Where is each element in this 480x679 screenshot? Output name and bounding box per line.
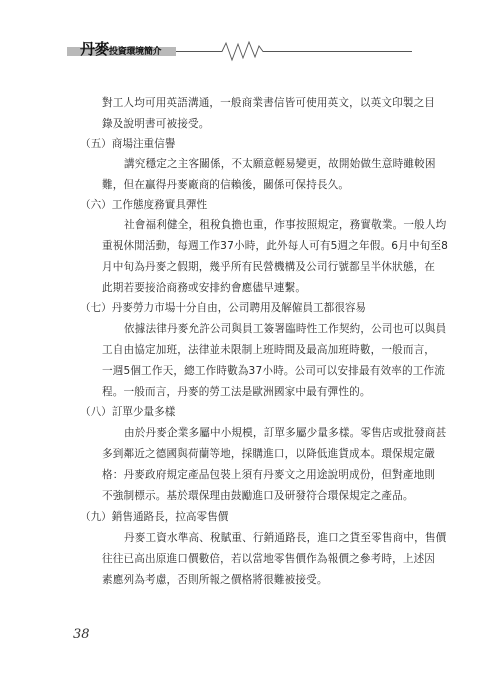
paragraph-line: 不強制標示。基於環保理由鼓勵進口及研發符合環保規定之產品。 [102, 489, 414, 503]
running-header: 丹麥投資環境簡介 [0, 0, 480, 70]
paragraph-line: 程。一般而言，丹麥的勞工法是歐洲國家中最有彈性的。 [102, 385, 371, 399]
paragraph-line: 一週5個工作天，總工作時數為37小時。公司可以安排最有效率的工作流 [102, 364, 445, 378]
paragraph-line: 錄及說明書可被接受。 [102, 117, 209, 131]
section-heading-7: （七）丹麥勞力市場十分自由，公司聘用及解僱員工都很容易 [80, 301, 366, 315]
paragraph-line: 素應列為考慮，否則所報之價格將很難被接受。 [102, 573, 328, 587]
paragraph-line: 工自由協定加班，法律並未限制上班時間及最高加班時數，一般而言， [102, 343, 435, 357]
paragraph-line: 此期若要接洽商務或安排約會應儘早連繫。 [102, 281, 306, 295]
paragraph-line: 重視休閒活動，每週工作37小時，此外每人可有5週之年假。6月中旬至8 [102, 239, 448, 253]
header-zigzag-line-decoration [0, 0, 480, 70]
section-heading-8: （八）訂單少量多樣 [80, 405, 175, 419]
paragraph-line: 難，但在贏得丹麥廠商的信賴後，關係可保持長久。 [102, 178, 349, 192]
paragraph-line: 講究穩定之主客關係，不太願意輕易變更，故開始做生意時雖較困 [124, 157, 436, 171]
paragraph-line: 丹麥工資水準高、稅賦重、行銷通路長，進口之貨至零售商中，售價 [124, 531, 446, 545]
paragraph-line: 往往已高出原進口價數倍，若以當地零售價作為報價之參考時，上述因 [102, 552, 435, 566]
paragraph-line: 社會福利健全，租稅負擔也重，作事按照規定，務實敬業。一般人均 [124, 218, 446, 232]
section-heading-6: （六）工作態度務實具彈性 [80, 198, 207, 212]
paragraph-line: 格：丹麥政府規定產品包裝上須有丹麥文之用途說明成份，但對產地則 [102, 468, 435, 482]
paragraph-line: 月中旬為丹麥之假期，幾乎所有民營機構及公司行號都呈半休狀態，在 [102, 260, 435, 274]
page-number: 38 [73, 627, 90, 642]
header-title-sub: 投資環境簡介 [109, 47, 161, 57]
header-title-main: 丹麥 [80, 40, 109, 58]
paragraph-line: 依據法律丹麥允許公司與員工簽署臨時性工作契約，公司也可以與員 [124, 322, 446, 336]
section-heading-5: （五）商場注重信譽 [80, 137, 175, 151]
paragraph-line: 對工人均可用英語溝通，一般商業書信皆可使用英文，以英文印製之目 [102, 96, 435, 110]
paragraph-line: 由於丹麥企業多屬中小規模，訂單多屬少量多樣。零售店或批發商甚 [124, 426, 446, 440]
header-title: 丹麥投資環境簡介 [80, 40, 161, 58]
section-heading-9: （九）銷售通路長，拉高零售價 [80, 510, 228, 524]
paragraph-line: 多到鄰近之德國與荷蘭等地，採購進口，以降低進貨成本。環保規定嚴 [102, 447, 435, 461]
